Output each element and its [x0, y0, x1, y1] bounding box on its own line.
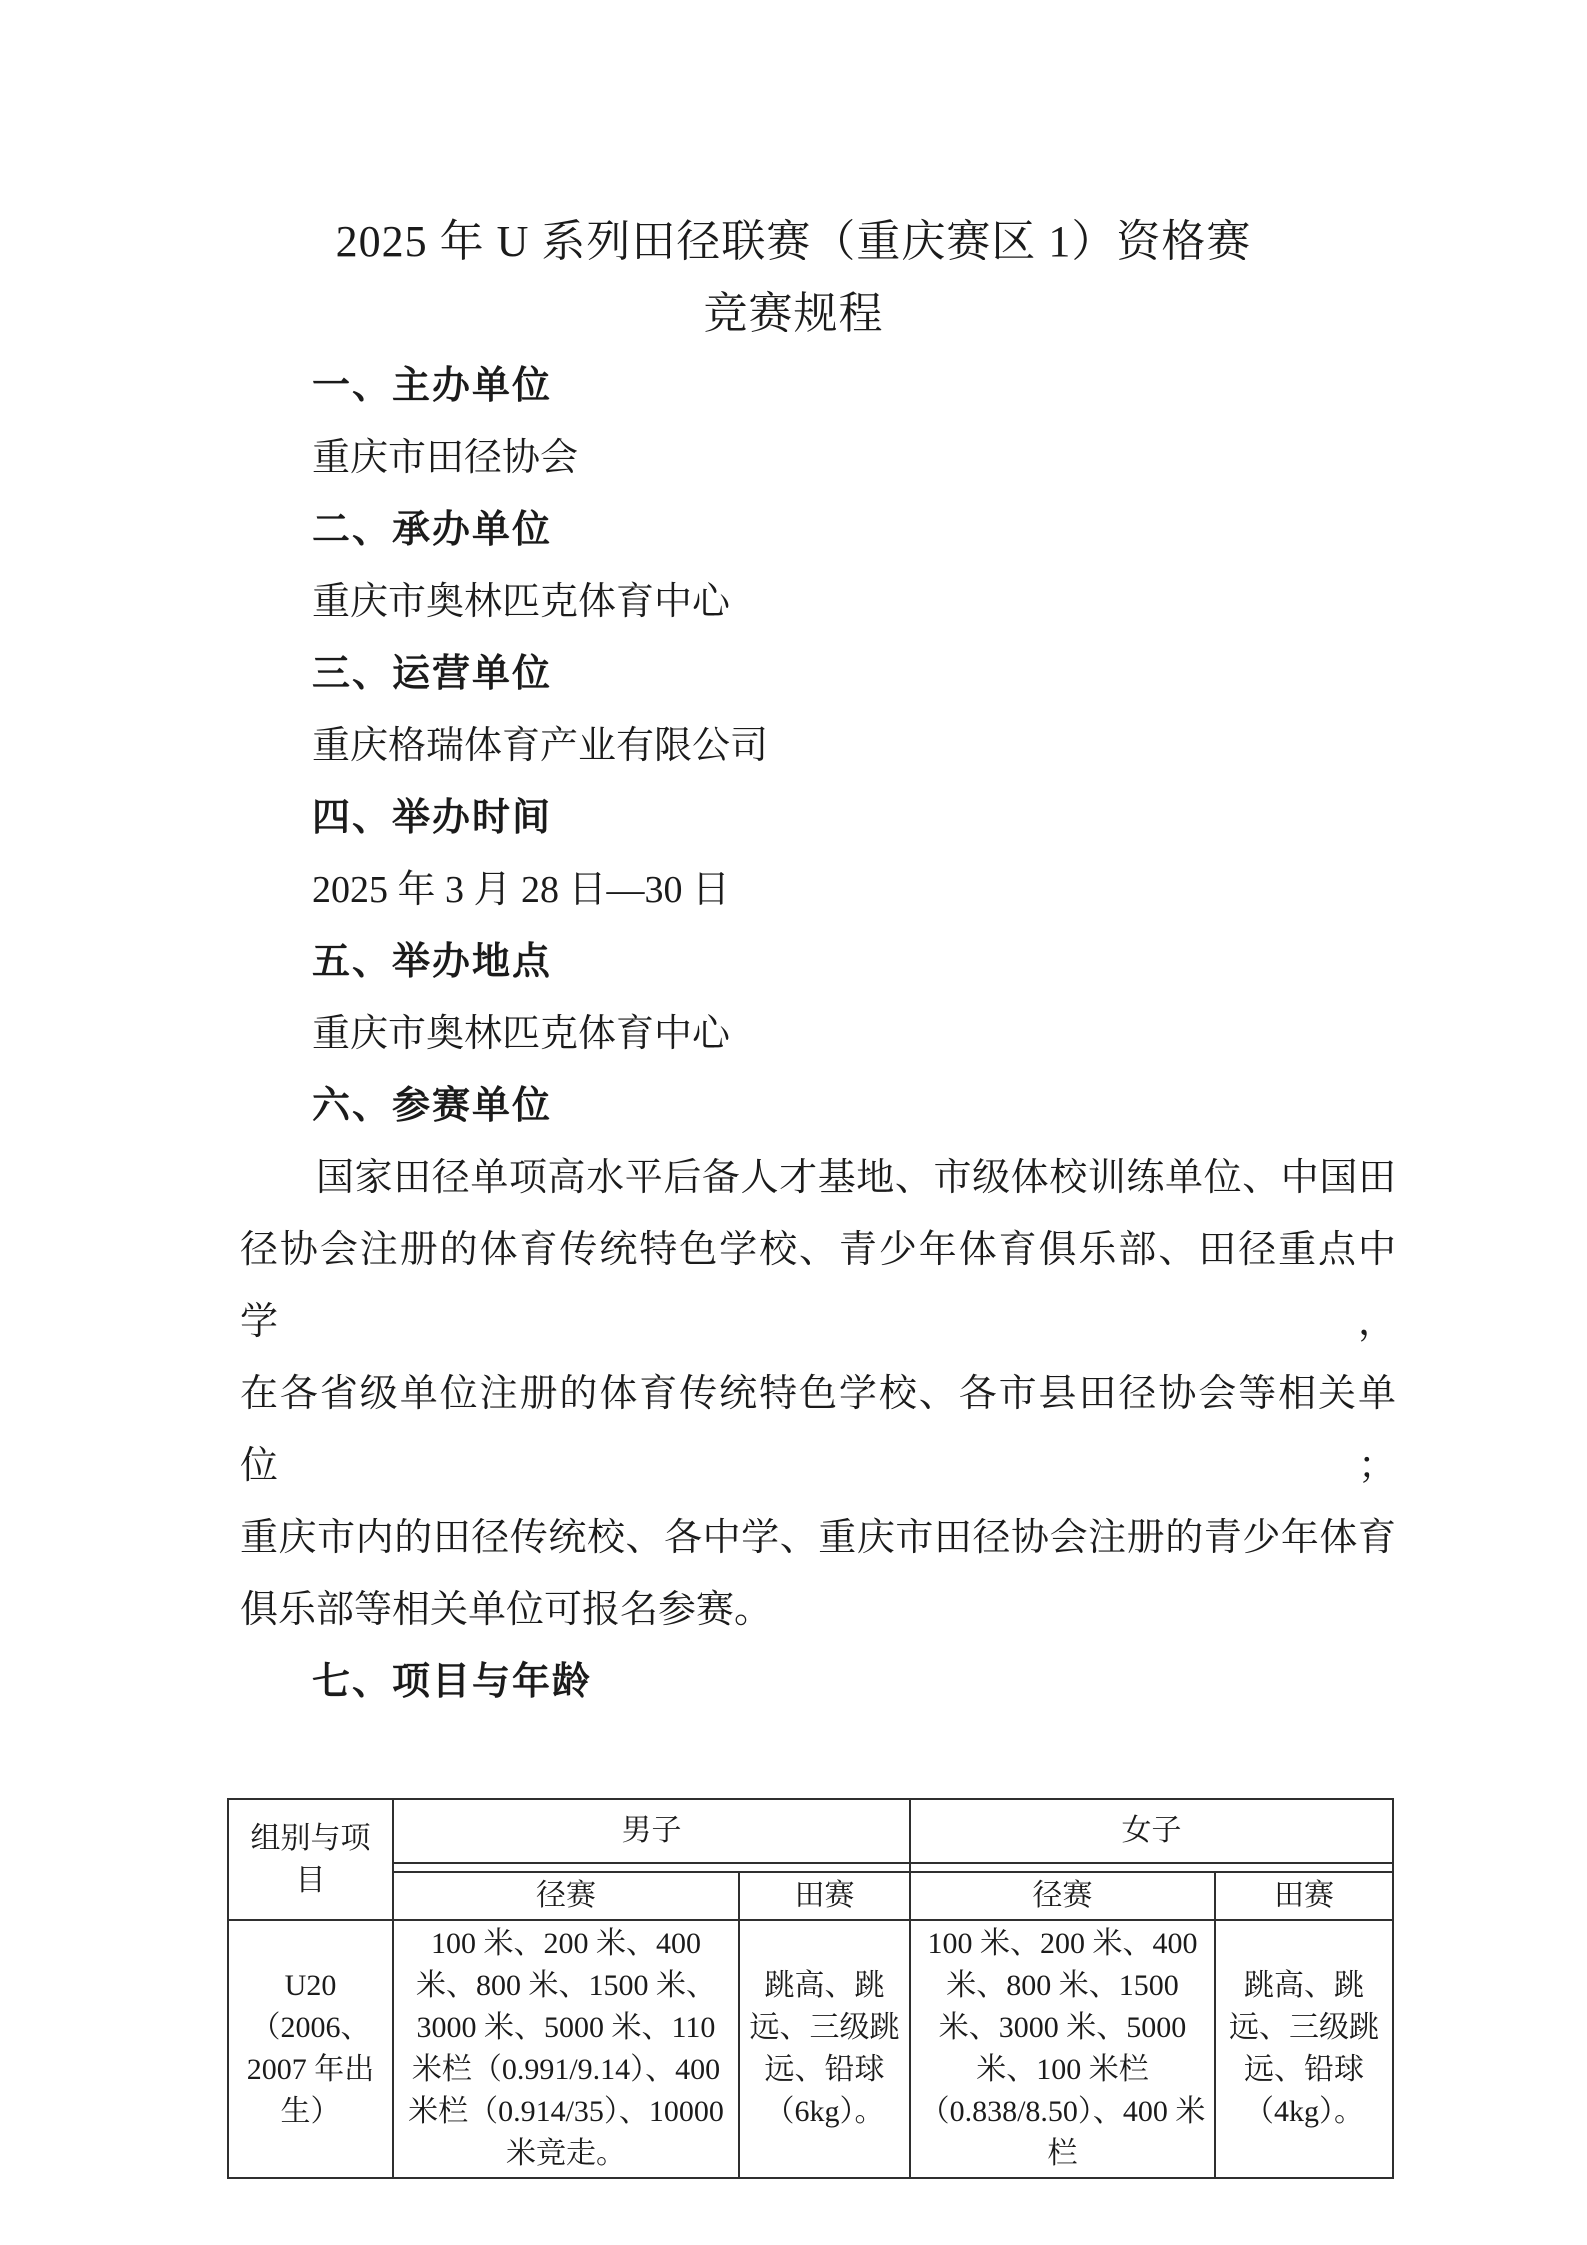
document-subtitle: 竞赛规程 — [0, 278, 1587, 350]
section-5-heading: 五、举办地点 — [0, 926, 1587, 998]
section-4-heading: 四、举办时间 — [0, 782, 1587, 854]
participants-paragraph-line: 径协会注册的体育传统特色学校、青少年体育俱乐部、田径重点中学， — [240, 1214, 1396, 1358]
section-6-heading: 六、参赛单位 — [0, 1070, 1587, 1142]
table-header-women: 女子 — [910, 1799, 1393, 1863]
table-header-group-column: 组别与项目 — [228, 1799, 393, 1920]
section-2-heading: 二、承办单位 — [0, 494, 1587, 566]
header-divider-cell — [393, 1863, 910, 1872]
section-4-value: 2025 年 3 月 28 日—30 日 — [0, 854, 1587, 926]
section-7-heading: 七、项目与年龄 — [0, 1646, 1587, 1718]
section-3-heading: 三、运营单位 — [0, 638, 1587, 710]
header-divider-row — [228, 1863, 1393, 1872]
table-header-women-field: 田赛 — [1215, 1872, 1393, 1920]
table-header-men-track: 径赛 — [393, 1872, 739, 1920]
cell-men-track-events: 100 米、200 米、400 米、800 米、1500 米、3000 米、50… — [393, 1920, 739, 2178]
header-divider-cell — [910, 1863, 1393, 1872]
section-1-value: 重庆市田径协会 — [0, 422, 1587, 494]
document-page: 2025 年 U 系列田径联赛（重庆赛区 1）资格赛 竞赛规程 一、主办单位 重… — [0, 0, 1587, 2245]
table-header-men: 男子 — [393, 1799, 910, 1863]
section-3-value: 重庆格瑞体育产业有限公司 — [0, 710, 1587, 782]
section-1-heading: 一、主办单位 — [0, 350, 1587, 422]
events-age-table: 组别与项目 男子 女子 径赛 田赛 径赛 田赛 U20（2006、2007 年出… — [227, 1798, 1394, 2179]
cell-group-u20: U20（2006、2007 年出生） — [228, 1920, 393, 2178]
participants-paragraph: 国家田径单项高水平后备人才基地、市级体校训练单位、中国田 径协会注册的体育传统特… — [0, 1142, 1587, 1646]
table-header-women-track: 径赛 — [910, 1872, 1215, 1920]
table-header-row-1: 组别与项目 男子 女子 — [228, 1799, 1393, 1863]
section-5-value: 重庆市奥林匹克体育中心 — [0, 998, 1587, 1070]
document-title: 2025 年 U 系列田径联赛（重庆赛区 1）资格赛 — [0, 206, 1587, 278]
section-2-value: 重庆市奥林匹克体育中心 — [0, 566, 1587, 638]
table-header-men-field: 田赛 — [739, 1872, 910, 1920]
table-row: U20（2006、2007 年出生） 100 米、200 米、400 米、800… — [228, 1920, 1393, 2178]
participants-paragraph-line: 国家田径单项高水平后备人才基地、市级体校训练单位、中国田 — [316, 1142, 1396, 1214]
cell-women-field-events: 跳高、跳远、三级跳远、铅球（4kg）。 — [1215, 1920, 1393, 2178]
participants-paragraph-line: 在各省级单位注册的体育传统特色学校、各市县田径协会等相关单位； — [240, 1358, 1396, 1502]
participants-paragraph-line: 重庆市内的田径传统校、各中学、重庆市田径协会注册的青少年体育 — [240, 1502, 1396, 1574]
participants-paragraph-line: 俱乐部等相关单位可报名参赛。 — [240, 1574, 1396, 1646]
cell-women-track-events: 100 米、200 米、400 米、800 米、1500 米、3000 米、50… — [910, 1920, 1215, 2178]
table-header-row-2: 径赛 田赛 径赛 田赛 — [228, 1872, 1393, 1920]
cell-men-field-events: 跳高、跳远、三级跳远、铅球（6kg）。 — [739, 1920, 910, 2178]
